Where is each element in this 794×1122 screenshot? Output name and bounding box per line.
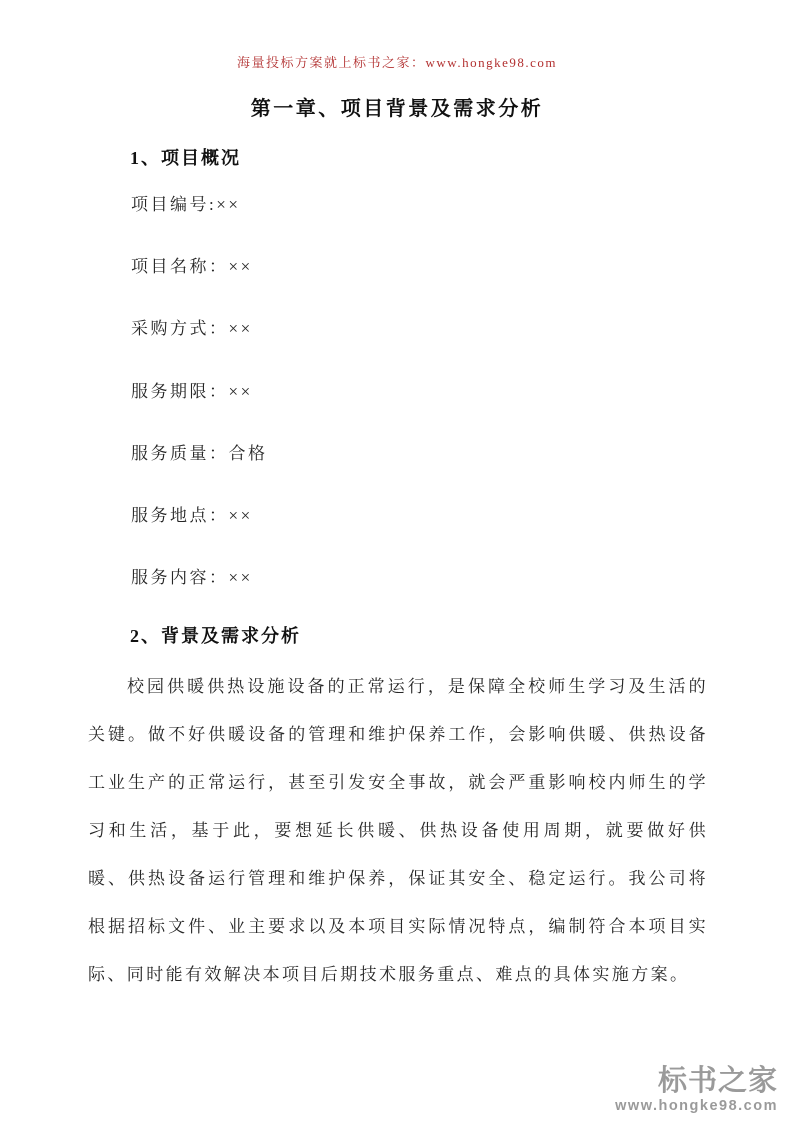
info-value: ×× — [229, 568, 253, 587]
document-page: 海量投标方案就上标书之家：www.hongke98.com 第一章、项目背景及需… — [0, 0, 794, 1122]
info-label: 服务期限 — [131, 382, 209, 401]
info-value: ×× — [229, 319, 253, 338]
info-value: ×× — [229, 257, 253, 276]
info-item-procurement-method: 采购方式：×× — [131, 318, 268, 380]
watermark-logo-text: 标书之家 — [615, 1066, 778, 1096]
info-label: 服务地点 — [131, 506, 209, 525]
project-info-list: 项目编号:×× 项目名称：×× 采购方式：×× 服务期限：×× 服务质量：合格 … — [131, 194, 268, 629]
info-separator: ： — [209, 382, 229, 401]
site-watermark: 标书之家 www.hongke98.com — [615, 1066, 778, 1114]
info-separator: ： — [209, 444, 229, 463]
section-heading-project-overview: 1、项目概况 — [130, 144, 241, 170]
background-analysis-paragraph: 校园供暖供热设施设备的正常运行，是保障全校师生学习及生活的关键。做不好供暖设备的… — [88, 663, 708, 999]
info-separator: ： — [209, 506, 229, 525]
info-label: 服务质量 — [131, 444, 209, 463]
section-heading-background-analysis: 2、背景及需求分析 — [130, 622, 301, 648]
info-item-service-term: 服务期限：×× — [131, 381, 268, 443]
chapter-title: 第一章、项目背景及需求分析 — [0, 92, 794, 121]
info-separator: ： — [209, 568, 229, 587]
watermark-url: www.hongke98.com — [615, 1099, 778, 1114]
info-label: 项目名称 — [131, 257, 209, 276]
info-separator: ： — [209, 319, 229, 338]
info-label: 服务内容 — [131, 568, 209, 587]
info-item-project-name: 项目名称：×× — [131, 256, 268, 318]
info-item-service-location: 服务地点：×× — [131, 505, 268, 567]
info-item-service-quality: 服务质量：合格 — [131, 443, 268, 505]
info-item-project-number: 项目编号:×× — [131, 194, 268, 256]
info-label: 采购方式 — [131, 319, 209, 338]
info-value: ×× — [229, 382, 253, 401]
info-item-service-content: 服务内容：×× — [131, 567, 268, 629]
info-value: ×× — [229, 506, 253, 525]
info-label: 项目编号 — [131, 195, 209, 214]
info-value: 合格 — [229, 444, 268, 463]
info-separator: ： — [209, 257, 229, 276]
info-value: ×× — [216, 195, 240, 214]
header-promo-text: 海量投标方案就上标书之家：www.hongke98.com — [0, 52, 794, 71]
